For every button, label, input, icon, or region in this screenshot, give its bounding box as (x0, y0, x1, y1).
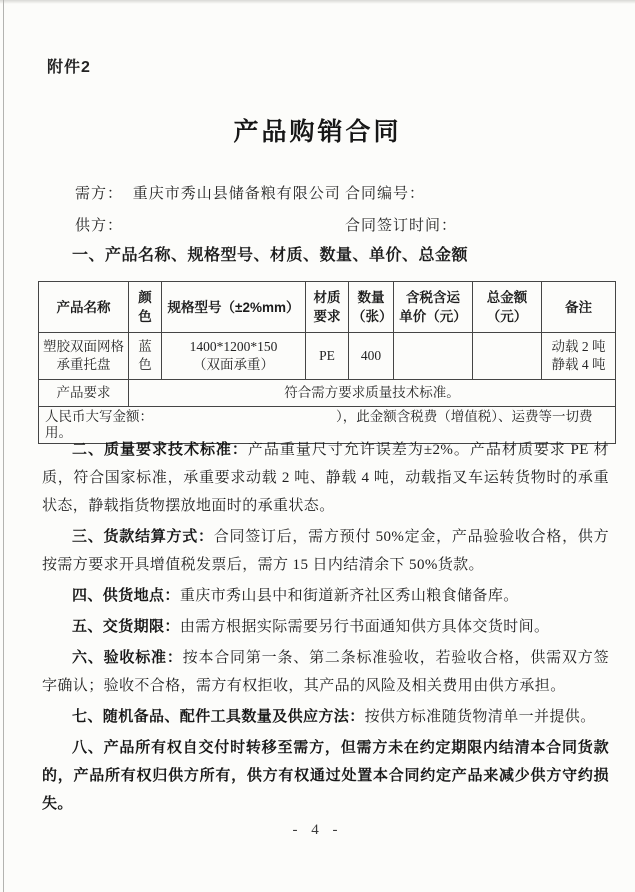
clause-body: 重庆市秀山县中和街道新齐社区秀山粮食储备库。 (180, 588, 519, 604)
buyer-name: 重庆市秀山县储备粮有限公司 (133, 186, 341, 202)
scan-artifact-top (0, 0, 635, 4)
col-header-material: 材质要求 (306, 282, 349, 333)
product-data-row: 塑胶双面网格承重托盘 蓝色 1400*1200*150（双面承重） PE 400… (39, 333, 616, 380)
contract-page: 附件2 产品购销合同 需方： 重庆市秀山县储备粮有限公司 合同编号： 供方： 合… (0, 0, 635, 892)
page-number: - 4 - (0, 822, 635, 839)
cell-text: 1400*1200*150 (190, 339, 278, 354)
supplier-label: 供方： (75, 218, 123, 234)
clause-paragraph-7: 七、随机备品、配件工具数量及供应方法：按供方标准随货物清单一并提供。 (42, 703, 609, 731)
clause-lead: 六、验收标准： (72, 649, 183, 666)
cell-unit-price (394, 333, 473, 380)
cell-text: 静载 4 吨 (552, 357, 606, 372)
cell-text: 塑胶双面网格 (43, 339, 124, 354)
product-requirement-value: 符合需方要求质量技术标准。 (129, 380, 616, 407)
cell-spec: 1400*1200*150（双面承重） (162, 333, 306, 380)
product-requirement-label: 产品要求 (39, 380, 129, 407)
col-header-unit-price: 含税含运单价（元） (394, 282, 473, 333)
contract-number-label: 合同编号： (345, 186, 425, 202)
header-text: 材质 (314, 290, 341, 305)
header-text: （元） (487, 309, 528, 324)
header-text: 规格型号（±2%mm） (168, 300, 300, 315)
supplier-line: 供方： 合同签订时间： (0, 214, 635, 236)
header-text: （张） (352, 309, 393, 324)
cell-material: PE (306, 333, 349, 380)
clause-body: 由需方根据实际需要另行书面通知供方具体交货时间。 (180, 619, 550, 635)
amount-blank-space (153, 420, 336, 421)
col-header-total-amount: 总金额（元） (473, 282, 542, 333)
header-text: 单价（元） (399, 309, 467, 324)
clause-paragraph-5: 五、交货期限：由需方根据实际需要另行书面通知供方具体交货时间。 (42, 613, 609, 641)
clause-paragraph-4: 四、供货地点：重庆市秀山县中和街道新齐社区秀山粮食储备库。 (42, 582, 609, 610)
clause-paragraph-3: 三、货款结算方式：合同签订后，需方预付 50%定金，产品验验收合格，供方按需方要… (42, 523, 609, 579)
header-text: 要求 (314, 309, 341, 324)
product-requirement-row: 产品要求 符合需方要求质量技术标准。 (39, 380, 616, 407)
clause-body: 产品所有权自交付时转移至需方，但需方未在约定期限内结清本合同货款的，产品所有权归… (42, 739, 609, 812)
amount-in-words-label: 人民币大写金额： (45, 409, 153, 424)
buyer-field: 需方： 重庆市秀山县储备粮有限公司 (75, 182, 341, 203)
header-text: 数量 (358, 290, 385, 305)
document-title: 产品购销合同 (0, 112, 635, 148)
section-one-heading: 一、产品名称、规格型号、材质、数量、单价、总金额 (72, 242, 468, 265)
signing-time-label: 合同签订时间： (345, 218, 457, 234)
contract-clauses: 二、质量要求技术标准：产品重量尺寸允许误差为±2%。产品材质要求 PE 材质，符… (42, 436, 609, 821)
cell-remark: 动载 2 吨静载 4 吨 (542, 333, 616, 380)
clause-paragraph-6: 六、验收标准：按本合同第一条、第二条标准验收，若验收合格，供需双方签字确认；验收… (42, 644, 609, 700)
cell-color: 蓝色 (129, 333, 162, 380)
header-text: 产品名称 (57, 300, 111, 315)
clause-lead: 七、随机备品、配件工具数量及供应方法： (72, 708, 365, 725)
cell-text: 动载 2 吨 (552, 339, 606, 354)
products-table: 产品名称 颜色 规格型号（±2%mm） 材质要求 数量（张） 含税含运单价（元）… (38, 281, 616, 444)
buyer-label: 需方： (75, 186, 123, 202)
col-header-quantity: 数量（张） (349, 282, 394, 333)
cell-product-name: 塑胶双面网格承重托盘 (39, 333, 129, 380)
contract-number-field: 合同编号： (345, 182, 431, 203)
col-header-spec: 规格型号（±2%mm） (162, 282, 306, 333)
signing-time-field: 合同签订时间： (345, 214, 463, 235)
cell-total-amount (473, 333, 542, 380)
header-text: 总金额 (487, 290, 528, 305)
cell-text: 承重托盘 (57, 357, 111, 372)
attachment-label: 附件2 (47, 54, 91, 77)
table-header-row: 产品名称 颜色 规格型号（±2%mm） 材质要求 数量（张） 含税含运单价（元）… (39, 282, 616, 333)
cell-text: （双面承重） (193, 357, 274, 372)
supplier-field: 供方： (75, 214, 129, 235)
clause-lead: 二、质量要求技术标准： (72, 441, 248, 458)
clause-lead: 五、交货期限： (72, 618, 180, 635)
header-text: 颜色 (138, 290, 152, 324)
col-header-remark: 备注 (542, 282, 616, 333)
clause-lead: 三、货款结算方式： (72, 528, 214, 545)
clause-paragraph-8: 八、产品所有权自交付时转移至需方，但需方未在约定期限内结清本合同货款的，产品所有… (42, 734, 609, 818)
header-text: 备注 (565, 300, 592, 315)
col-header-product-name: 产品名称 (39, 282, 129, 333)
header-text: 含税含运 (406, 290, 460, 305)
clause-lead: 四、供货地点： (72, 587, 180, 604)
col-header-color: 颜色 (129, 282, 162, 333)
buyer-line: 需方： 重庆市秀山县储备粮有限公司 合同编号： (0, 182, 635, 204)
cell-quantity: 400 (349, 333, 394, 380)
clause-lead: 八、 (72, 739, 104, 756)
clause-body: 按供方标准随货物清单一并提供。 (365, 709, 596, 725)
clause-paragraph-2: 二、质量要求技术标准：产品重量尺寸允许误差为±2%。产品材质要求 PE 材质，符… (42, 436, 609, 520)
